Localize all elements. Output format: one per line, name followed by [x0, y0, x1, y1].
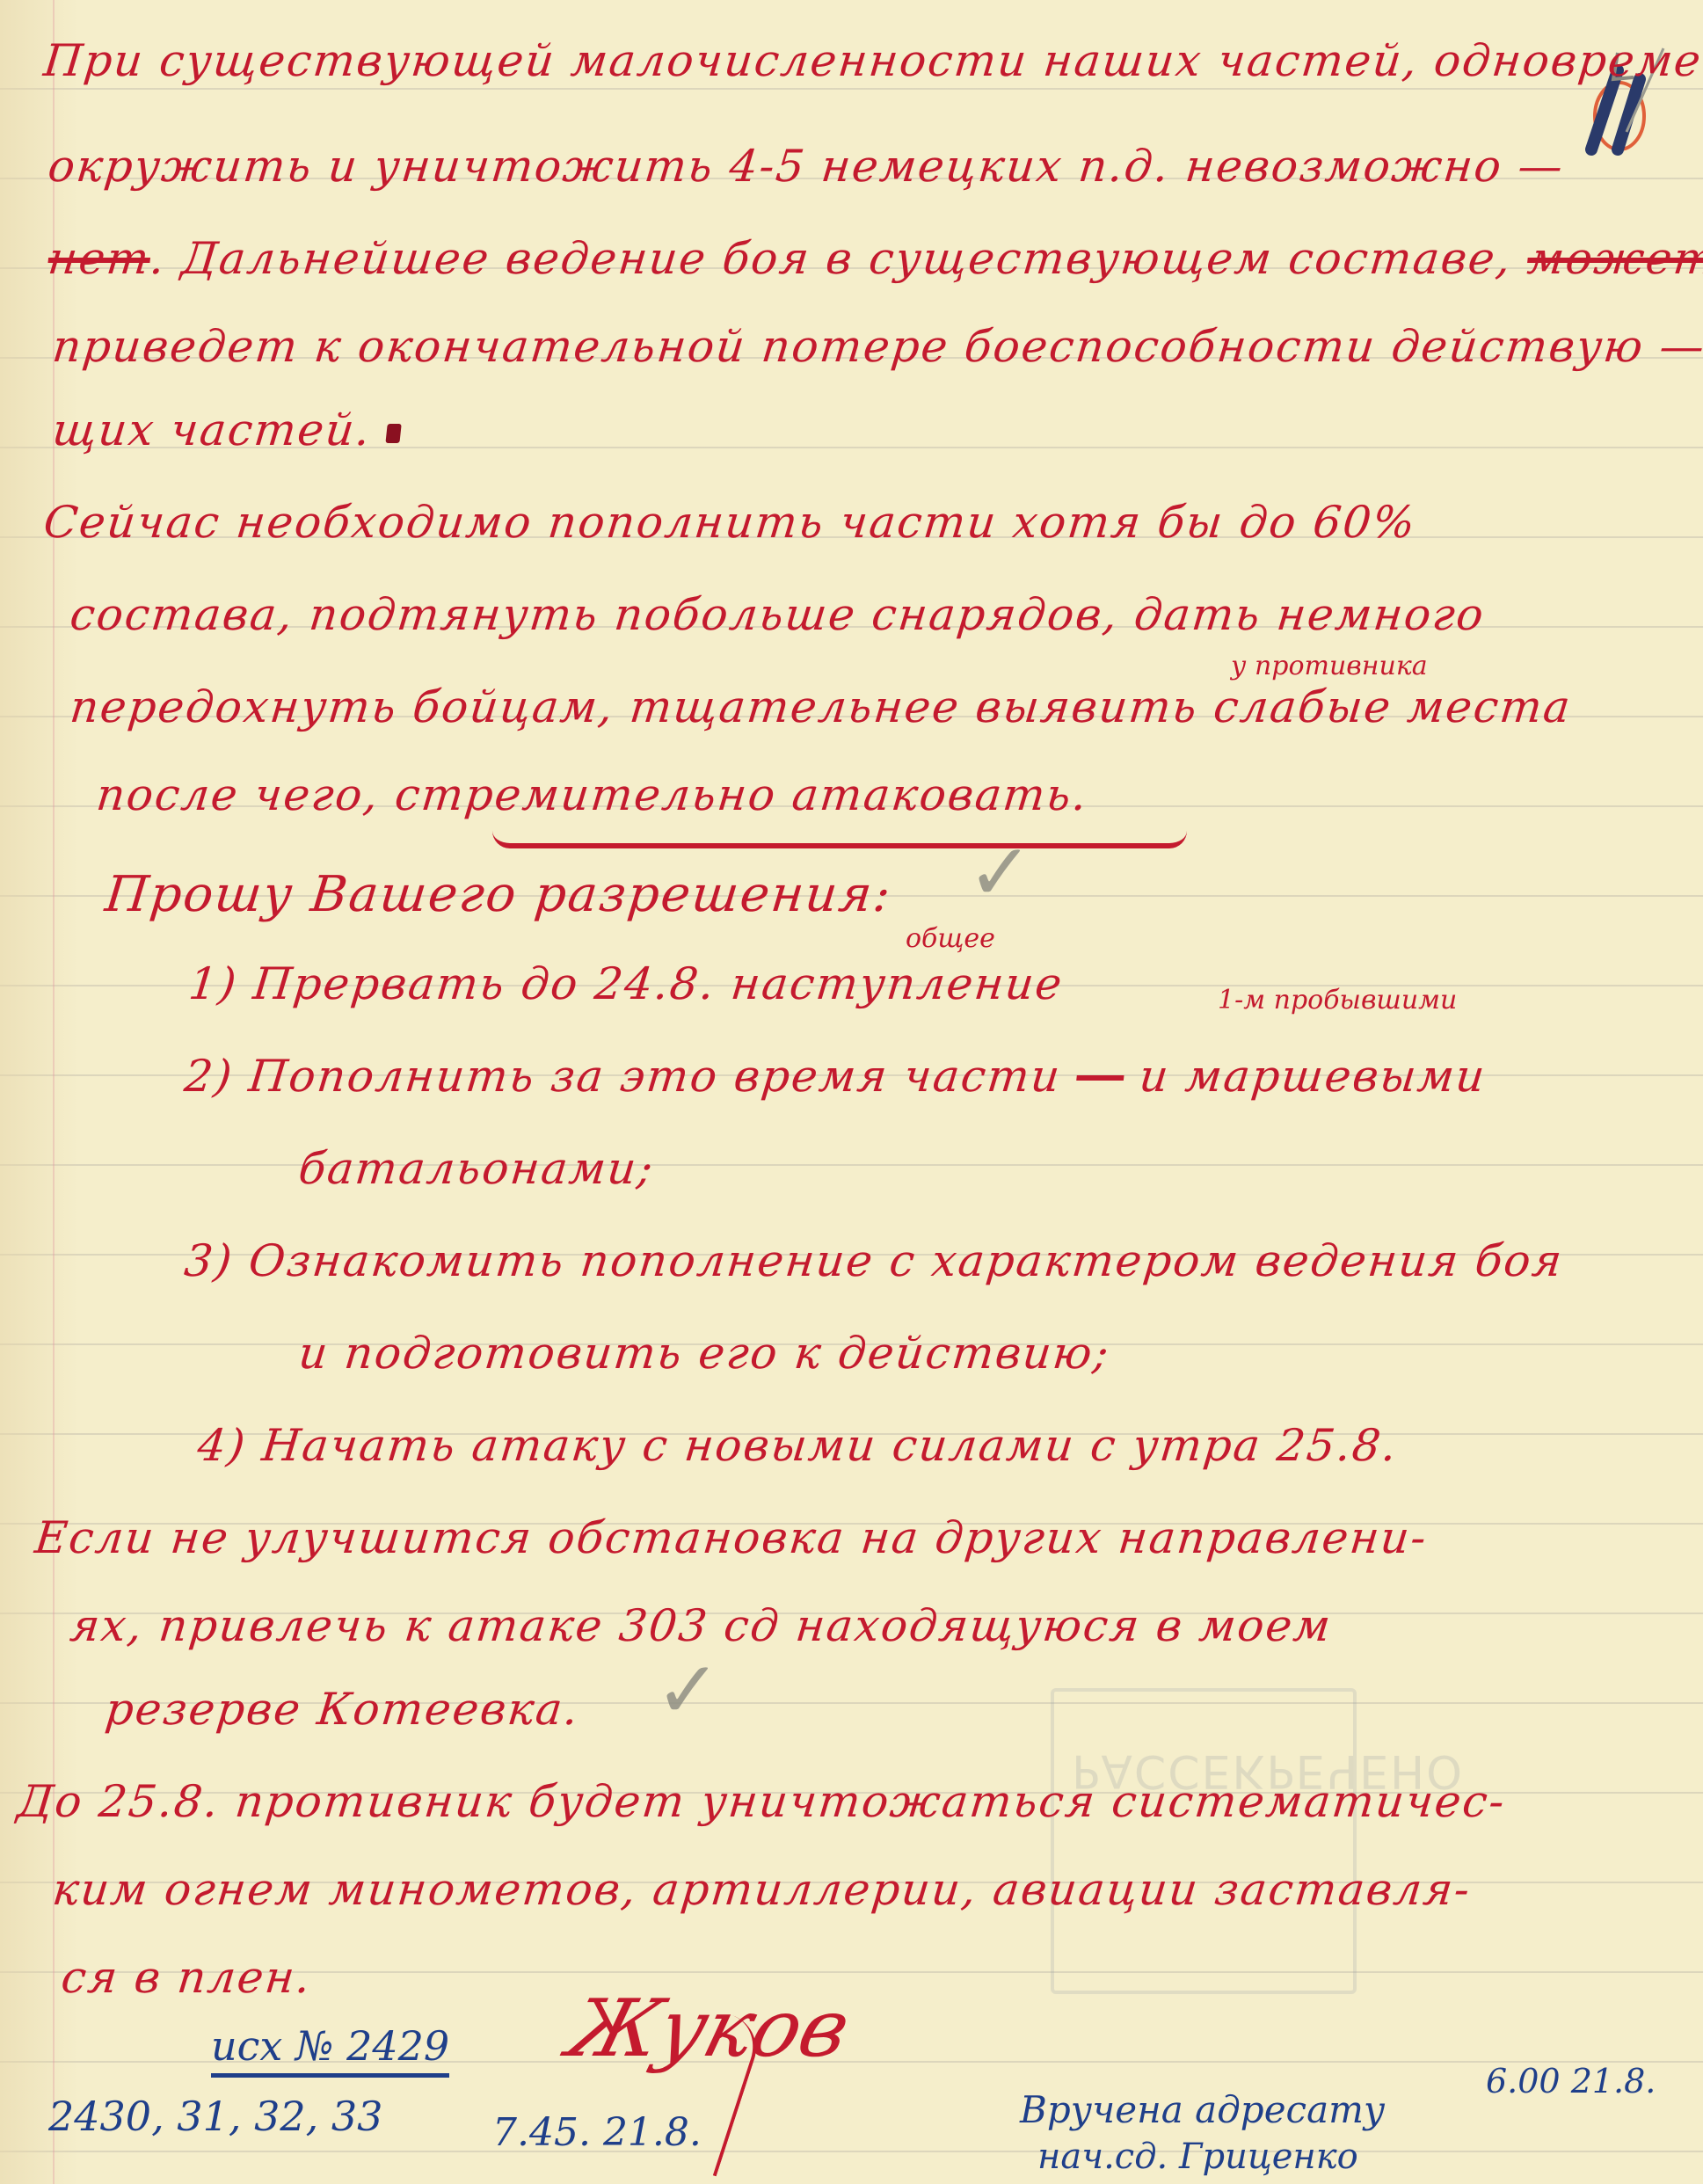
sent-time: 7.45. 21.8. [492, 2110, 702, 2155]
insertion-note: у противника [1231, 651, 1428, 681]
p2-line-3: передохнуть бойцам, тщательнее выявить с… [68, 681, 1574, 732]
pencil-check-icon: ✓ [655, 1644, 721, 1736]
p1-line-1: При существующей малочисленности наших ч… [41, 35, 1703, 86]
p3-line-1: Если не улучшится обстановка на других н… [33, 1512, 1430, 1563]
p1-line-4: приведет к окончательной потере боеспосо… [50, 321, 1703, 372]
request-item-2: 2) Пополнить за это время части и маршев… [182, 1051, 1488, 1102]
p2-line-4: после чего, стремительно атаковать. [94, 769, 1091, 820]
request-item-3: 3) Ознакомить пополнение с характером ве… [182, 1235, 1566, 1286]
request-item-4: 4) Начать атаку с новыми силами с утра 2… [195, 1420, 1401, 1471]
struck-word: может [1525, 233, 1703, 284]
struck-word: нет [46, 233, 153, 284]
insertion-note: 1-м пробывшими [1218, 985, 1457, 1016]
outgoing-number: исх № 2429 [211, 2022, 449, 2078]
declassified-stamp: РАССЕКРЕЧЕНО [1051, 1688, 1357, 1994]
p2-line-2: состава, подтянуть побольше снарядов, да… [68, 589, 1488, 640]
delivery-note-2: нач.сд. Гриценко [1037, 2137, 1358, 2177]
p3-line-3: резерве Котеевка. [103, 1684, 582, 1735]
request-heading: Прошу Вашего разрешения: [103, 866, 895, 923]
request-item-3-cont: и подготовить его к действию; [296, 1328, 1113, 1379]
p4-line-2: ким огнем минометов, артиллерии, авиации… [50, 1864, 1474, 1915]
p4-line-3: ся в плен. [59, 1952, 315, 2003]
request-item-1: 1) Прервать до 24.8. наступление [186, 958, 1066, 1009]
p2-line-1: Сейчас необходимо пополнить части хотя б… [41, 497, 1419, 548]
underline-mark [492, 831, 1187, 848]
insertion-note: общее [906, 923, 995, 954]
ink-blot [386, 424, 402, 443]
p1-line-5: щих частей. [50, 404, 404, 455]
p4-line-1: До 25.8. противник будет уничтожаться си… [15, 1776, 1509, 1827]
pencil-check-icon: ✓ [967, 826, 1033, 919]
delivery-note-1: Вручена адресату [1020, 2088, 1385, 2131]
p1-line-3: нет. Дальнейшее ведение боя в существующ… [46, 233, 1703, 284]
delivery-time: 6.00 21.8. [1486, 2062, 1656, 2100]
request-item-2-cont: батальонами; [296, 1143, 657, 1194]
related-numbers: 2430, 31, 32, 33 [48, 2093, 382, 2140]
p1-line-2: окружить и уничтожить 4-5 немецких п.д. … [46, 141, 1567, 192]
